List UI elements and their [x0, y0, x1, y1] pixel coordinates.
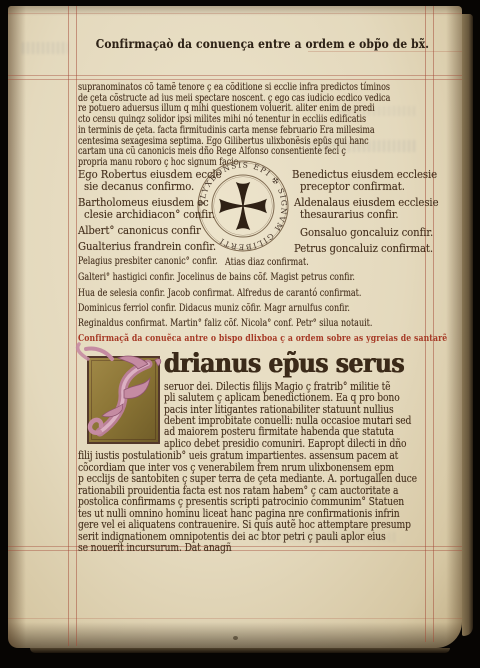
show-through-smudge	[22, 42, 68, 54]
charter-line: re potuero aduersus illum q mihi questio…	[78, 103, 375, 114]
signature-line: Albert° canonicus confir	[78, 224, 201, 237]
signature-row: Galteri° hastigici confir. Jocelinus de …	[78, 272, 355, 283]
charter-line: cartam una cũ canonicis meis dño Rege Al…	[78, 146, 346, 157]
book-fore-edge	[462, 14, 473, 636]
ruling-line-left-a	[68, 6, 69, 646]
ruling-line-under-header	[308, 51, 462, 52]
signature-line: sie decanus confirmo.	[84, 180, 194, 193]
charter-line: supranominatos cõ tamẽ tenore ç ea cõdit…	[78, 82, 390, 93]
signature-row: Hua de selesia confir. Jacob confirmat. …	[78, 288, 361, 299]
signature-line: Petrus goncaluiz confirmat.	[294, 242, 433, 255]
signature-line: thesaurarius confir.	[300, 208, 399, 221]
illuminated-initial	[78, 346, 168, 450]
signature-line: Gonsaluo goncaluiz confir.	[300, 226, 433, 239]
charter-line: in terminis de çeta. facta firmitudinis …	[78, 125, 375, 136]
signature-line: Pelagius presbiter canonic° confir.	[78, 256, 218, 267]
charter-line: cto censu quinqz solidor ipsi milites mi…	[78, 114, 366, 125]
signature-line: clesie archidiacon° confir.	[84, 208, 215, 221]
bull-heading: drianus ep̃us serus	[164, 349, 404, 379]
photo-backdrop: Confirmaçaò da conuença entre a ordem e …	[0, 0, 480, 668]
bull-line: se nouerit incursurum. Dat anagñ	[78, 541, 232, 554]
signature-row: Dominicus ferriol confir. Didacus muniz …	[78, 303, 350, 314]
manuscript-page: Confirmaçaò da conuença entre a ordem e …	[8, 6, 462, 648]
signature-line: Atias diaz confirmat.	[225, 257, 309, 268]
book-bottom-edge	[30, 648, 450, 653]
ruling-line-left-b	[76, 6, 77, 646]
chapter-rubric: Confirmaçã da conuẽca antre o bispo dlix…	[78, 334, 447, 344]
ruling-line-right-b	[433, 6, 434, 642]
signature-line: Gualterius frandrein confir.	[78, 240, 216, 253]
signature-row: Reginaldus confirmat. Martin° faliz cõf.…	[78, 318, 372, 329]
ruling-line-right-a	[425, 6, 426, 642]
page-running-header: Confirmaçaò da conuença entre a ordem e …	[96, 36, 411, 51]
signature-line: preceptor confirmat.	[300, 180, 405, 193]
ink-speck	[233, 636, 238, 640]
